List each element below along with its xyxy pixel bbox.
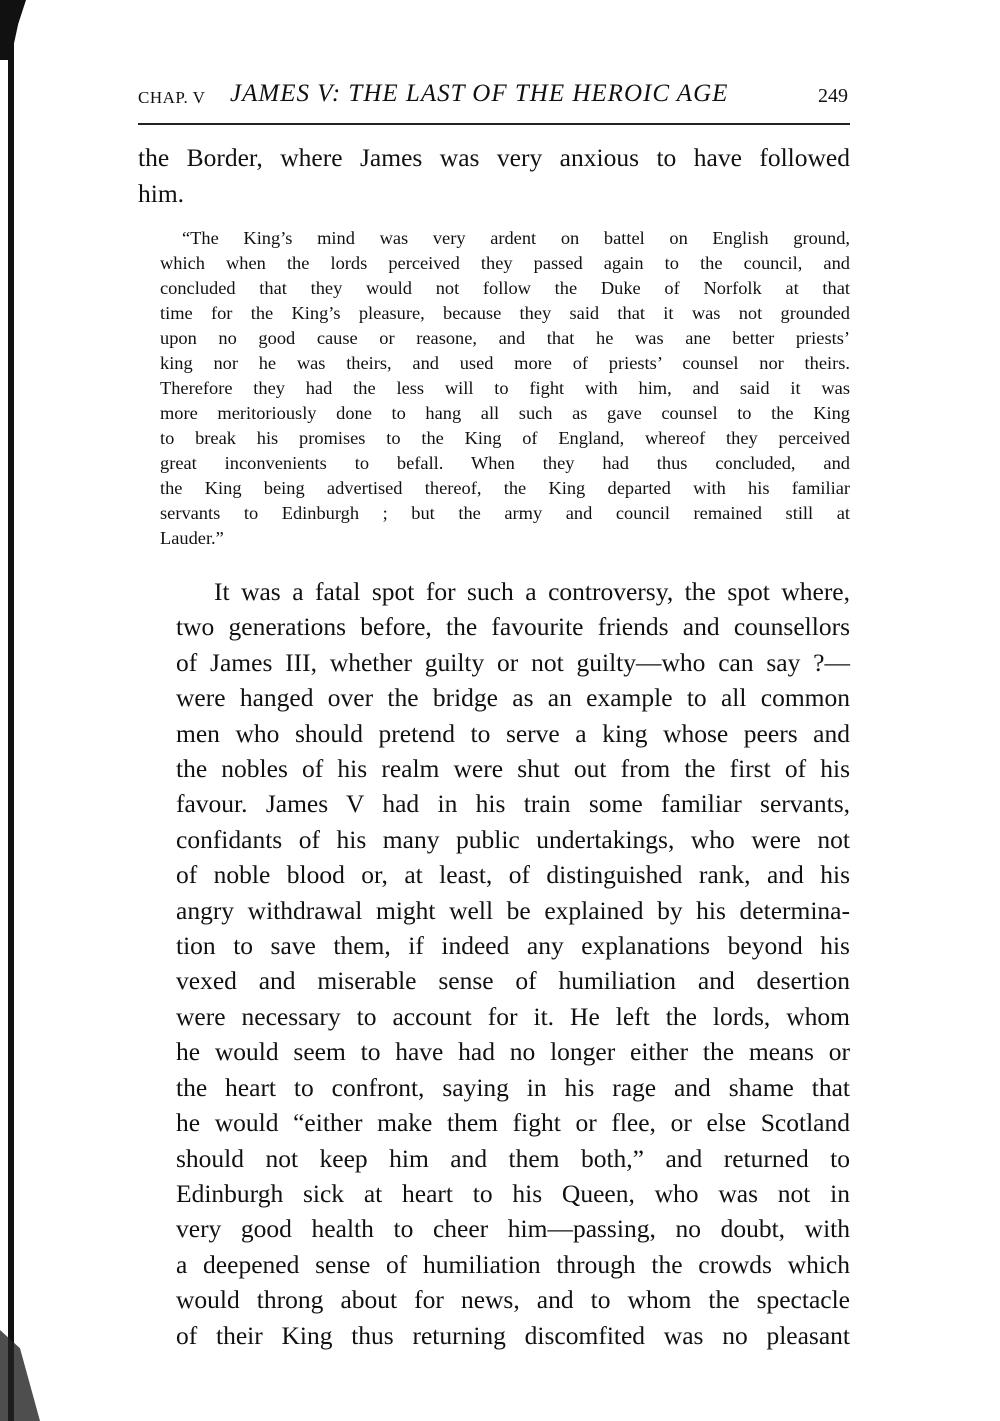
text-line: favour. James V had in his train some fa…: [138, 786, 850, 821]
text-line: a deepened sense of humiliation through …: [138, 1247, 850, 1282]
page-number: 249: [818, 85, 848, 108]
text-line: very good health to cheer him—passing, n…: [138, 1211, 850, 1246]
text-line: king nor he was theirs, and used more of…: [138, 351, 850, 376]
text-line: upon no good cause or reasone, and that …: [138, 326, 850, 351]
text-line: Edinburgh sick at heart to his Queen, wh…: [138, 1176, 850, 1211]
text-line: confidants of his many public undertakin…: [138, 822, 850, 857]
scan-artifact-bottom: [0, 1330, 40, 1421]
text-line: time for the King’s pleasure, because th…: [138, 301, 850, 326]
text-line: he would seem to have had no longer eith…: [138, 1034, 850, 1069]
header-rule: [138, 123, 850, 125]
text-line: were necessary to account for it. He lef…: [138, 999, 850, 1034]
text-line: “The King’s mind was very ardent on batt…: [138, 226, 850, 251]
text-line: of James III, whether guilty or not guil…: [138, 645, 850, 680]
text-line: of noble blood or, at least, of distingu…: [138, 857, 850, 892]
text-line: It was a fatal spot for such a controver…: [138, 574, 850, 609]
text-line: Lauder.”: [138, 526, 850, 551]
text-line: angry withdrawal might well be explained…: [138, 893, 850, 928]
text-line: should not keep him and them both,” and …: [138, 1141, 850, 1176]
text-line: to break his promises to the King of Eng…: [138, 426, 850, 451]
text-line: vexed and miserable sense of humiliation…: [138, 963, 850, 998]
text-line: the King being advertised thereof, the K…: [138, 476, 850, 501]
scanned-page-edge: [0, 0, 22, 1421]
text-line: the Border, where James was very anxious…: [138, 140, 850, 176]
text-line: men who should pretend to serve a king w…: [138, 716, 850, 751]
text-line: great inconvenients to befall. When they…: [138, 451, 850, 476]
text-line: the nobles of his realm were shut out fr…: [138, 751, 850, 786]
binding-shadow: [8, 0, 14, 1421]
text-line: him.: [138, 176, 850, 212]
text-line: servants to Edinburgh ; but the army and…: [138, 501, 850, 526]
text-line: two generations before, the favourite fr…: [138, 609, 850, 644]
text-line: concluded that they would not follow the…: [138, 276, 850, 301]
block-quote: “The King’s mind was very ardent on batt…: [138, 226, 850, 551]
text-line: tion to save them, if indeed any explana…: [138, 928, 850, 963]
chapter-label: CHAP. V: [138, 88, 205, 108]
text-line: he would “either make them fight or flee…: [138, 1105, 850, 1140]
main-paragraph: It was a fatal spot for such a controver…: [138, 574, 850, 1353]
text-line: were hanged over the bridge as an exampl…: [138, 680, 850, 715]
opening-paragraph: the Border, where James was very anxious…: [138, 140, 850, 212]
text-line: the heart to confront, saying in his rag…: [138, 1070, 850, 1105]
text-line: which when the lords perceived they pass…: [138, 251, 850, 276]
text-line: more meritoriously done to hang all such…: [138, 401, 850, 426]
running-header: CHAP. V JAMES V: THE LAST OF THE HEROIC …: [138, 78, 850, 114]
text-line: of their King thus returning discomfited…: [138, 1318, 850, 1353]
text-line: would throng about for news, and to whom…: [138, 1282, 850, 1317]
running-title: JAMES V: THE LAST OF THE HEROIC AGE: [230, 80, 728, 108]
text-line: Therefore they had the less will to figh…: [138, 376, 850, 401]
